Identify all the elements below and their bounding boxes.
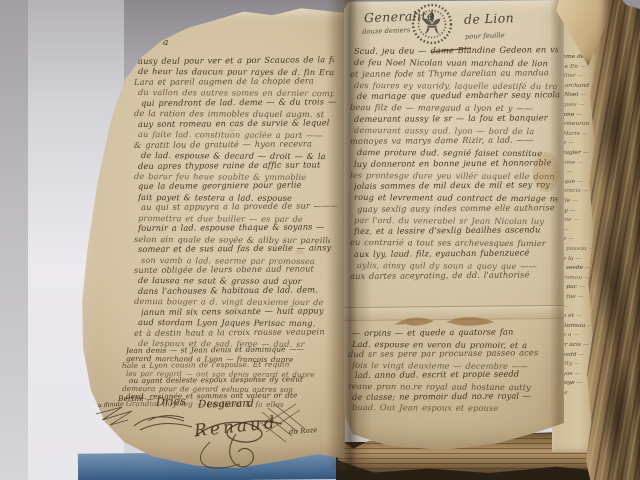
right-page-text-block: Scud. jeu deu — dame Blandine Gedeon en … xyxy=(354,46,558,296)
manuscript-line: janun mil six cens soixante — huit appuy xyxy=(141,305,337,317)
manuscript-line: fiez, et a lessire d'sexlig beailhes asc… xyxy=(354,224,558,236)
manuscript-line: buad. Out Jean espoux et epouse xyxy=(352,402,560,413)
page-edge-line-ending: fille — xyxy=(559,198,593,204)
signature-dries: Dries xyxy=(156,394,186,408)
fleur-de-lis-stamp-icon xyxy=(410,2,454,46)
page-edge-line-ending: llo et — xyxy=(559,313,593,319)
manuscript-line: deu apres thypose raine de affic sur tou… xyxy=(138,159,334,171)
manuscript-line: jolais sommes de mil deux de mil et sey … xyxy=(354,179,558,191)
page-edge-line-ending: dame — xyxy=(559,160,593,166)
manuscript-line: de mariage que quedud embarher seay nico… xyxy=(357,89,561,101)
manuscript-line: de classe; ne promoir dud no.re royal — xyxy=(352,390,560,402)
stamped-paper-header: Generalité douze deniers de Lion pour fe… xyxy=(344,0,564,50)
manuscript-line: dans l'achouses & habitoua de lad. dem. xyxy=(138,284,334,296)
signature-du-roze: du Roze xyxy=(289,426,318,436)
signature-berthe: Berthé — xyxy=(118,394,154,403)
page-edge-line-ending: marchand — xyxy=(559,83,593,89)
manuscript-line: demeurant aussy le sr — la fou et banqui… xyxy=(354,112,558,124)
page-edge-line-ending: demeuran — xyxy=(559,121,593,127)
manuscript-line: aux lyy, laud. filz, eyauchan fubenzuecé xyxy=(354,247,558,259)
manuscript-line: que la deume georgniere pour gerlie xyxy=(138,180,334,192)
paper-crumple xyxy=(586,205,636,360)
right-manuscript-page: Generalité douze deniers de Lion pour fe… xyxy=(344,0,564,450)
manuscript-line: ausy deul pour ver et a por Scaucos de l… xyxy=(138,54,334,66)
manuscript-line: — orpins — et quede a quatorse fan xyxy=(352,326,560,338)
paper-crumple xyxy=(598,355,636,469)
manuscript-line: au qui st appuyra a la provede de sur ——… xyxy=(141,201,337,213)
right-page-lower-block: — orpins — et quede a quatorse fanLad. e… xyxy=(352,328,560,420)
page-edge-line-ending: aques — xyxy=(559,102,593,108)
page-edge-line-ending: pe — xyxy=(559,236,593,242)
left-page-text-block: ausy deul pour ver et a por Scaucos de l… xyxy=(138,56,334,356)
page-edge-line-ending: al fue — xyxy=(559,294,593,300)
page-edge-line-ending: ame — xyxy=(559,217,593,223)
manuscript-line: auy sont romeau en cas de survie & leque… xyxy=(138,117,334,129)
page-edge-line-ending: seedd — xyxy=(559,352,593,358)
manuscript-line: guay sexlig ausy indes comme elle author… xyxy=(357,202,561,214)
manuscript-line: Lara et pareil augmen de la chopie dera xyxy=(134,75,330,87)
signature-renaud: Renaud xyxy=(193,413,278,442)
binding-gutter-shadow xyxy=(326,0,372,470)
page-edge-line-ending: de — xyxy=(559,140,593,146)
manuscript-line: et à destin haut a la croix rousse veaup… xyxy=(134,326,330,338)
manuscript-line: lad. anno dud. escrit et propie seedd xyxy=(355,369,563,381)
photo-open-manuscript-register: omme de —me En —cellier —marchand —st No… xyxy=(0,0,640,480)
book-fore-edge xyxy=(586,0,640,480)
manuscript-line: monoyes va marys dame Rizir, a lad. —— xyxy=(350,134,554,146)
paper-crumple xyxy=(590,65,637,192)
manuscript-line: somear et de sus aud fas de suelie — ain… xyxy=(138,242,334,254)
manuscript-line: et jeanne fode st Thyme darelian au mand… xyxy=(350,67,554,79)
manuscript-line: luy donneront en bonne jeune et honnorab… xyxy=(354,157,558,169)
page-edge-line-ending: de la — xyxy=(559,256,593,262)
manuscript-line: aux dartes aceyrating, de dd. l'authoris… xyxy=(350,269,554,281)
manuscript-line: dud sr ses pere par procurase passeo ace… xyxy=(348,347,556,359)
manuscript-line: & gratit lou de gratuité — hyon recevra xyxy=(134,138,330,150)
page-edge-line-ending: promou — xyxy=(559,275,593,281)
page-edge-line-ending: y e xyxy=(559,390,593,396)
manuscript-line: sunte obligée de leurs obene aud renout xyxy=(134,263,330,275)
signature-desgerard: Desgerard xyxy=(198,398,254,411)
manuscript-line: fournir a lad. espouse thaque & soyans — xyxy=(138,221,334,233)
manuscript-line: Scud. jeu deu — dame Blandine Gedeon en … xyxy=(354,44,558,56)
header-de-lion: de Lion xyxy=(464,10,515,27)
page-edge-line-ending: y que — xyxy=(559,179,593,185)
page-edge-line-ending: ch a — xyxy=(559,332,593,338)
paper-crease xyxy=(344,305,564,321)
manuscript-line: qui prendront de lad. deme — & du trois … xyxy=(141,96,337,108)
header-pour-feuille: pour feuille xyxy=(465,31,505,40)
